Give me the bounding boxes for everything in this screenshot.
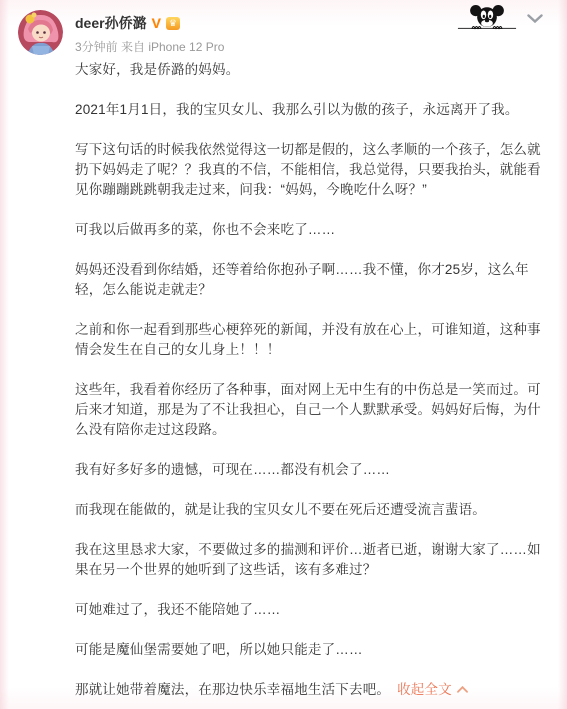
avatar[interactable] [18, 10, 63, 55]
card-corner [457, 3, 543, 35]
post-paragraph: 可她难过了，我还不能陪她了…… [75, 600, 543, 620]
timestamp-source[interactable]: 3分钟前 来自 iPhone 12 Pro [75, 38, 224, 55]
post-paragraph: 我有好多好多的遗憾，可现在……都没有机会了…… [75, 460, 543, 480]
post-paragraph-last: 那就让她带着魔法，在那边快乐幸福地生活下去吧。收起全文 [75, 680, 543, 700]
post-header: deer孙侨潞 V ♛ 3分钟前 来自 iPhone 12 Pro [75, 13, 224, 55]
chevron-down-icon[interactable] [527, 14, 543, 23]
post-paragraph: 之前和你一起看到那些心梗猝死的新闻，并没有放在心上，可谁知道，这种事情会发生在自… [75, 320, 543, 360]
collapse-full-text-link[interactable]: 收起全文 [397, 682, 452, 697]
chevron-up-icon[interactable] [457, 686, 468, 693]
verified-v-icon: V [152, 16, 161, 30]
post-paragraph: 我在这里恳求大家，不要做过多的揣测和评价…逝者已逝，谢谢大家了……如果在另一个世… [75, 540, 543, 580]
avatar-image [18, 10, 63, 55]
post-paragraph: 可我以后做再多的菜，你也不会来吃了…… [75, 220, 543, 240]
post-body: 大家好，我是侨潞的妈妈。 2021年1月1日，我的宝贝女儿、我那么引以为傲的孩子… [75, 60, 543, 700]
post-paragraph: 2021年1月1日，我的宝贝女儿、我那么引以为傲的孩子，永远离开了我。 [75, 100, 543, 120]
mickey-peeking-icon [457, 3, 517, 35]
vip-crown-badge-icon: ♛ [166, 17, 180, 30]
weibo-post-card: deer孙侨潞 V ♛ 3分钟前 来自 iPhone 12 Pro 大家好，我是… [0, 0, 567, 709]
username[interactable]: deer孙侨潞 [75, 13, 147, 33]
post-paragraph-text: 那就让她带着魔法，在那边快乐幸福地生活下去吧。 [75, 682, 390, 697]
post-paragraph: 这些年，我看着你经历了各种事，面对网上无中生有的中伤总是一笑而过。可后来才知道，… [75, 380, 543, 440]
post-paragraph: 妈妈还没看到你结婚，还等着给你抱孙子啊……我不懂，你才25岁，这么年轻，怎么能说… [75, 260, 543, 300]
post-paragraph: 可能是魔仙堡需要她了吧，所以她只能走了…… [75, 640, 543, 660]
post-paragraph: 而我现在能做的，就是让我的宝贝女儿不要在死后还遭受流言蜚语。 [75, 500, 543, 520]
post-paragraph: 写下这句话的时候我依然觉得这一切都是假的，这么孝顺的一个孩子，怎么就扔下妈妈走了… [75, 140, 543, 200]
post-paragraph: 大家好，我是侨潞的妈妈。 [75, 60, 543, 80]
